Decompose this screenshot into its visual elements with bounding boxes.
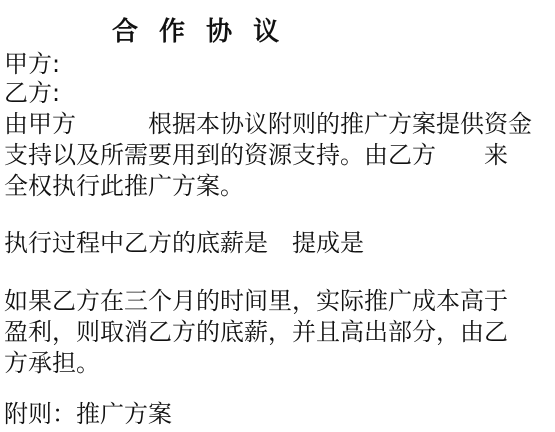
appendix-label: 附则：推广方案 xyxy=(4,400,172,428)
paragraph-3-line-1: 如果乙方在三个月的时间里，实际推广成本高于 xyxy=(4,287,508,315)
paragraph-2: 执行过程中乙方的底薪是 提成是 xyxy=(4,229,364,257)
paragraph-1-line-2: 支持以及所需要用到的资源支持。由乙方 来 xyxy=(4,141,508,169)
paragraph-3-line-2: 盈利，则取消乙方的底薪，并且高出部分，由乙 xyxy=(4,318,508,346)
paragraph-3-line-3: 方承担。 xyxy=(4,349,100,377)
party-a-label: 甲方: xyxy=(4,50,60,78)
paragraph-1-line-1: 由甲方 根据本协议附则的推广方案提供资金 xyxy=(4,110,532,138)
paragraph-1-line-3: 全权执行此推广方案。 xyxy=(4,172,244,200)
document-title: 合 作 协 议 xyxy=(112,16,285,48)
party-b-label: 乙方: xyxy=(4,79,60,107)
